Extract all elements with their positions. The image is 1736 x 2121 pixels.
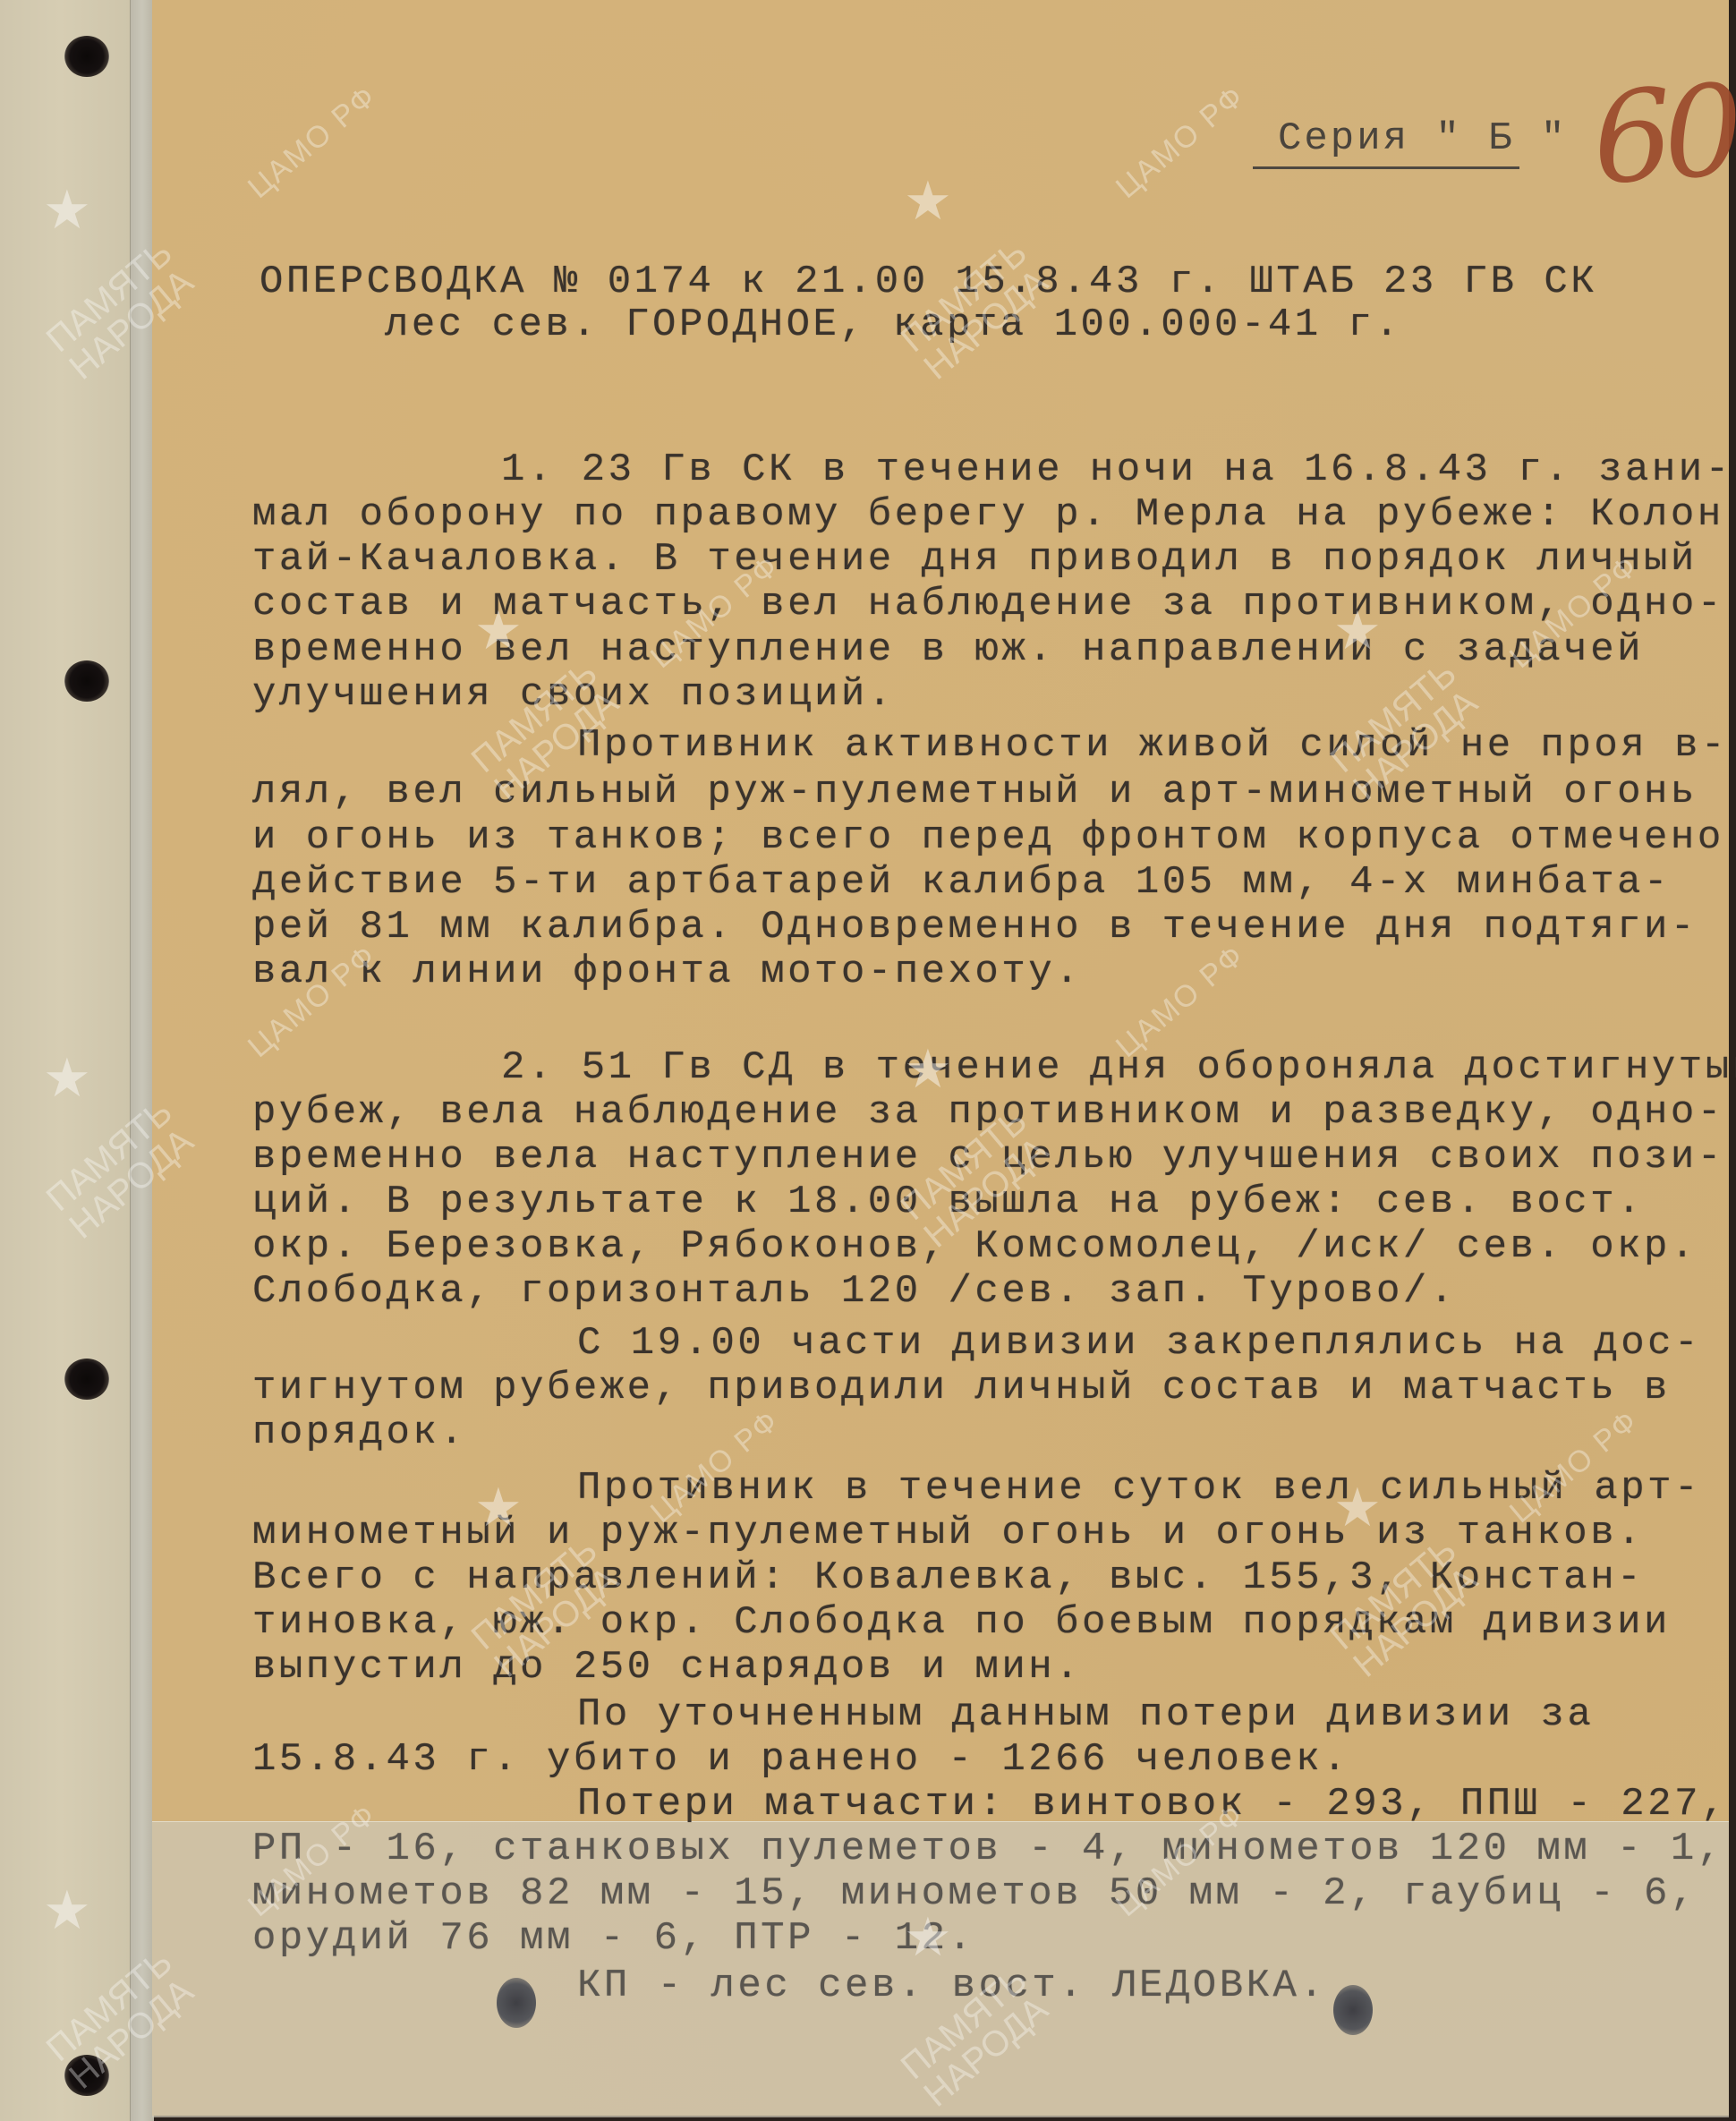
text-line: минометный и руж-пулеметный огонь и огон… (252, 1512, 1644, 1554)
text-line: улучшения своих позиций. (252, 674, 895, 715)
report-title-line-1: ОПЕРСВОДКА № 0174 к 21.00 15.8.43 г. ШТА… (260, 261, 1597, 302)
binding-edge (130, 0, 154, 2121)
handwritten-page-number: 60 (1588, 58, 1736, 214)
series-label: Серия " Б " (1278, 116, 1567, 161)
text-line: ций. В результате к 18.00 вышла на рубеж… (252, 1181, 1644, 1222)
punch-hole-icon (64, 36, 109, 77)
text-line: порядок. (252, 1412, 466, 1453)
text-line: тигнутом рубеже, приводили личный состав… (252, 1367, 1671, 1409)
text-line: Всего с направлений: Ковалевка, выс. 155… (252, 1557, 1644, 1598)
text-line: орудий 76 мм - 6, ПТР - 12. (252, 1918, 974, 1959)
text-line: выпустил до 250 снарядов и мин. (252, 1647, 1082, 1688)
punch-hole-icon (64, 1359, 109, 1400)
text-line: тиновка, юж. окр. Слободка по боевым пор… (252, 1602, 1671, 1643)
text-line: РП - 16, станковых пулеметов - 4, миноме… (252, 1828, 1724, 1870)
text-line: 1. 23 Гв СК в течение ночи на 16.8.43 г.… (501, 449, 1732, 490)
text-line: лял, вел сильный руж-пулеметный и арт-ми… (252, 771, 1698, 813)
text-line: Противник в течение суток вел сильный ар… (577, 1468, 1701, 1509)
text-line: Противник активности живой силой не проя… (577, 725, 1728, 766)
punch-hole-icon (64, 2055, 109, 2096)
text-line: окр. Березовка, Рябоконов, Комсомолец, /… (252, 1226, 1698, 1267)
text-line: рей 81 мм калибра. Одновременно в течени… (252, 907, 1698, 948)
series-underline (1253, 166, 1519, 169)
report-title-line-2: лес сев. ГОРОДНОЕ, карта 100.000-41 г. (385, 304, 1401, 345)
ink-blot (497, 1978, 536, 2028)
text-line: тай-Качаловка. В течение дня приводил в … (252, 539, 1698, 580)
text-line: Слободка, горизонталь 120 /сев. зап. Тур… (252, 1271, 1457, 1312)
text-line: Потери матчасти: винтовок - 293, ППШ - 2… (577, 1784, 1728, 1825)
text-line: 15.8.43 г. убито и ранено - 1266 человек… (252, 1739, 1349, 1780)
text-line: и огонь из танков; всего перед фронтом к… (252, 817, 1724, 858)
text-line: мал оборону по правому берегу р. Мерла н… (252, 494, 1724, 535)
text-line: рубеж, вела наблюдение за противником и … (252, 1092, 1724, 1133)
text-line: действие 5-ти артбатарей калибра 105 мм,… (252, 862, 1671, 903)
ink-blot (1333, 1985, 1373, 2035)
text-line: состав и матчасть, вел наблюдение за про… (252, 583, 1724, 625)
text-line: По уточненным данным потери дивизии за (577, 1694, 1594, 1735)
text-line: 2. 51 Гв СД в течение дня обороняла дост… (501, 1047, 1736, 1088)
text-line: КП - лес сев. вост. ЛЕДОВКА. (577, 1965, 1326, 2006)
text-line: временно вел наступление в юж. направлен… (252, 629, 1644, 670)
text-line: минометов 82 мм - 15, минометов 50 мм - … (252, 1873, 1698, 1914)
punch-hole-icon (64, 660, 109, 702)
text-line: С 19.00 части дивизии закреплялись на до… (577, 1323, 1701, 1364)
text-line: временно вела наступление с целью улучше… (252, 1137, 1724, 1178)
text-line: вал к линии фронта мото-пехоту. (252, 951, 1082, 992)
